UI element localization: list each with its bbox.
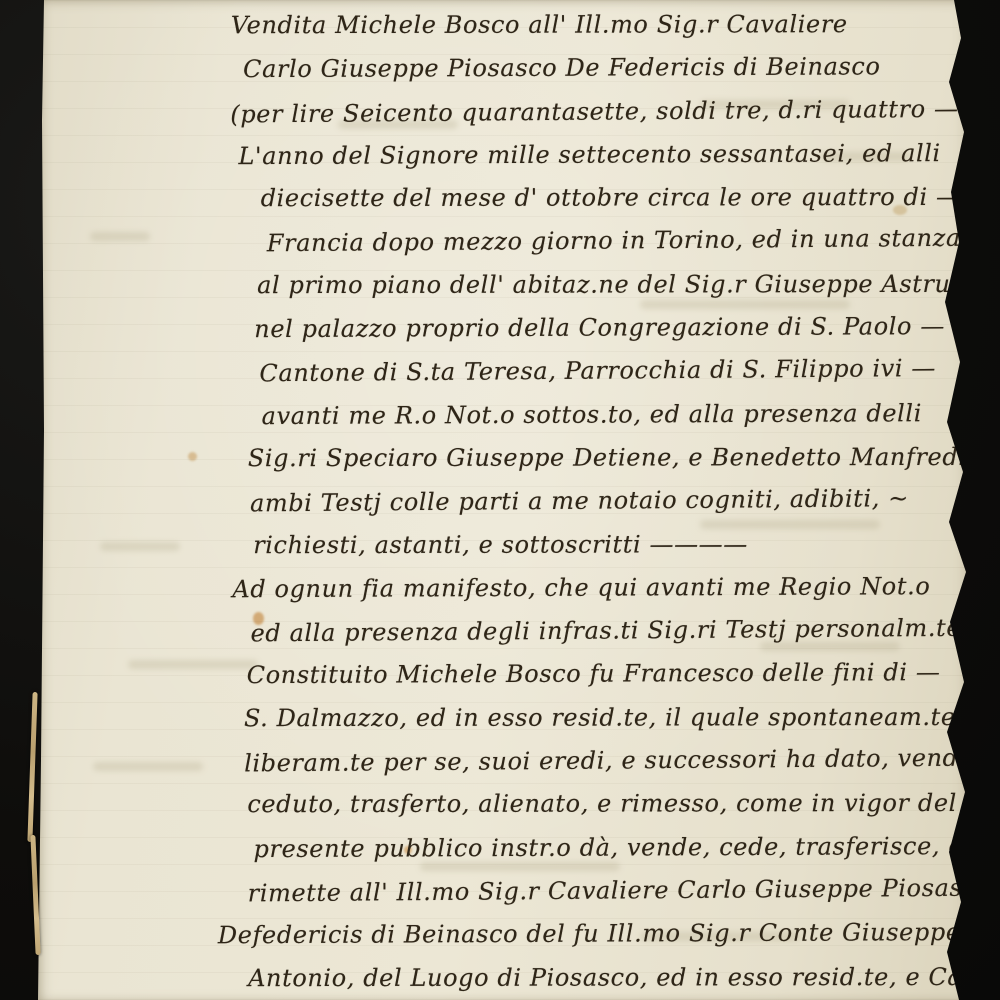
binding-thread bbox=[27, 692, 37, 842]
manuscript-page: Vendita Michele Bosco all' Ill.mo Sig.r … bbox=[38, 0, 973, 1000]
manuscript-line: presente pubblico instr.o dà, vende, ced… bbox=[253, 825, 974, 871]
manuscript-line: diecisette del mese d' ottobre circa le … bbox=[261, 176, 972, 221]
manuscript-line: Vendita Michele Bosco all' Ill.mo Sig.r … bbox=[231, 3, 971, 48]
manuscript-line: Sig.ri Speciaro Giuseppe Detiene, e Bene… bbox=[248, 436, 973, 481]
scanned-manuscript-photo: { "manuscript": { "lines": [ "Vendita Mi… bbox=[0, 0, 1000, 1000]
manuscript-line: rimette all' Ill.mo Sig.r Cavaliere Carl… bbox=[248, 867, 975, 916]
manuscript-text: Vendita Michele Bosco all' Ill.mo Sig.r … bbox=[36, 2, 975, 1000]
manuscript-line: ambi Testj colle parti a me notaio cogni… bbox=[250, 477, 973, 526]
manuscript-line: ed alla presenza degli infras.ti Sig.ri … bbox=[250, 607, 973, 656]
manuscript-line: richiesti, astanti, e sottoscritti ———— bbox=[253, 522, 973, 567]
manuscript-line: Defedericis di Beinasco del fu Ill.mo Si… bbox=[218, 911, 975, 958]
manuscript-line: ceduto, trasferto, alienato, e rimesso, … bbox=[247, 782, 974, 827]
manuscript-line: nel palazzo proprio della Congregazione … bbox=[254, 305, 972, 351]
manuscript-line: Ad ognun fia manifesto, che qui avanti m… bbox=[232, 565, 973, 612]
manuscript-line: Francia dopo mezzo giorno in Torino, ed … bbox=[267, 217, 972, 266]
manuscript-line: S. Dalmazzo, ed in esso resid.te, il qua… bbox=[244, 696, 974, 741]
manuscript-line: avanti me R.o Not.o sottos.to, ed alla p… bbox=[262, 392, 973, 438]
manuscript-line: Antonio, del Luogo di Piosasco, ed in es… bbox=[248, 955, 975, 1000]
manuscript-line: al primo piano dell' abitaz.ne del Sig.r… bbox=[257, 263, 972, 308]
manuscript-line: Constituito Michele Bosco fu Francesco d… bbox=[247, 651, 974, 697]
manuscript-line: L'anno del Signore mille settecento sess… bbox=[238, 132, 971, 178]
binding-thread bbox=[30, 835, 40, 955]
manuscript-line: Carlo Giuseppe Piosasco De Federicis di … bbox=[243, 45, 971, 91]
manuscript-line: Cantone di S.ta Teresa, Parrocchia di S.… bbox=[259, 347, 972, 396]
manuscript-line: liberam.te per se, suoi eredi, e success… bbox=[244, 737, 974, 786]
manuscript-line: (per lire Seicento quarantasette, soldi … bbox=[230, 87, 971, 136]
